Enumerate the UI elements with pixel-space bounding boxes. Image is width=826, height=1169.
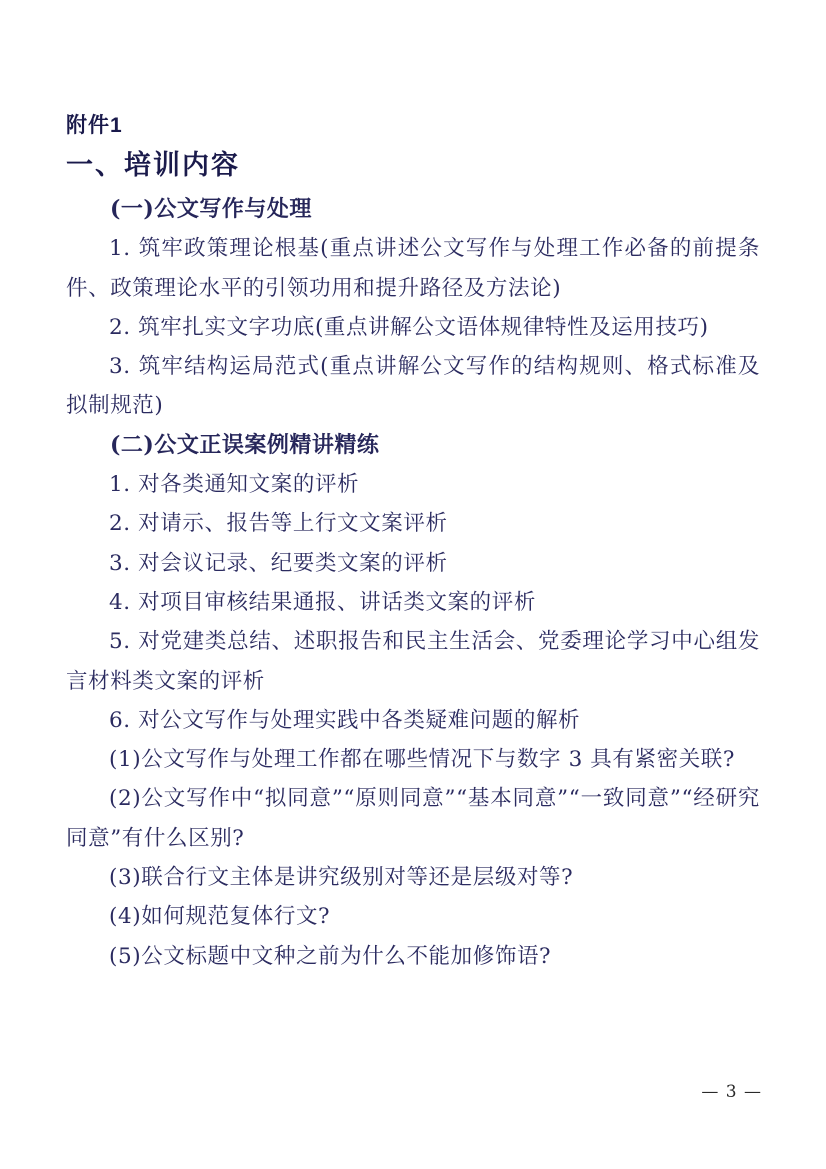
list-item: 3. 对会议记录、纪要类文案的评析 [66, 544, 760, 583]
list-item: 2. 对请示、报告等上行文文案评析 [66, 504, 760, 543]
list-item: 4. 对项目审核结果通报、讲话类文案的评析 [66, 583, 760, 622]
page-number: — 3 — [701, 1082, 762, 1102]
list-item: 5. 对党建类总结、述职报告和民主生活会、党委理论学习中心组发言材料类文案的评析 [66, 622, 760, 701]
list-item: 2. 筑牢扎实文字功底(重点讲解公文语体规律特性及运用技巧) [66, 308, 760, 347]
document-page: 附件1 一、培训内容 (一)公文写作与处理 1. 筑牢政策理论根基(重点讲述公文… [0, 0, 826, 1169]
list-item: (4)如何规范复体行文? [66, 897, 760, 936]
list-item: 1. 筑牢政策理论根基(重点讲述公文写作与处理工作必备的前提条件、政策理论水平的… [66, 229, 760, 308]
list-item: (1)公文写作与处理工作都在哪些情况下与数字 3 具有紧密关联? [66, 740, 760, 779]
list-item: 6. 对公文写作与处理实践中各类疑难问题的解析 [66, 701, 760, 740]
list-item: (2)公文写作中“拟同意”“原则同意”“基本同意”“一致同意”“经研究同意”有什… [66, 779, 760, 858]
section-title-official-writing: (一)公文写作与处理 [66, 190, 760, 229]
list-item: 3. 筑牢结构运局范式(重点讲解公文写作的结构规则、格式标准及拟制规范) [66, 347, 760, 426]
list-item: (5)公文标题中文种之前为什么不能加修饰语? [66, 937, 760, 976]
list-item: 1. 对各类通知文案的评析 [66, 465, 760, 504]
list-item: (3)联合行文主体是讲究级别对等还是层级对等? [66, 858, 760, 897]
attachment-label: 附件1 [66, 113, 760, 139]
document-content: 附件1 一、培训内容 (一)公文写作与处理 1. 筑牢政策理论根基(重点讲述公文… [66, 113, 760, 976]
doc-heading-training-content: 一、培训内容 [66, 150, 760, 180]
section-title-case-studies: (二)公文正误案例精讲精练 [66, 426, 760, 465]
